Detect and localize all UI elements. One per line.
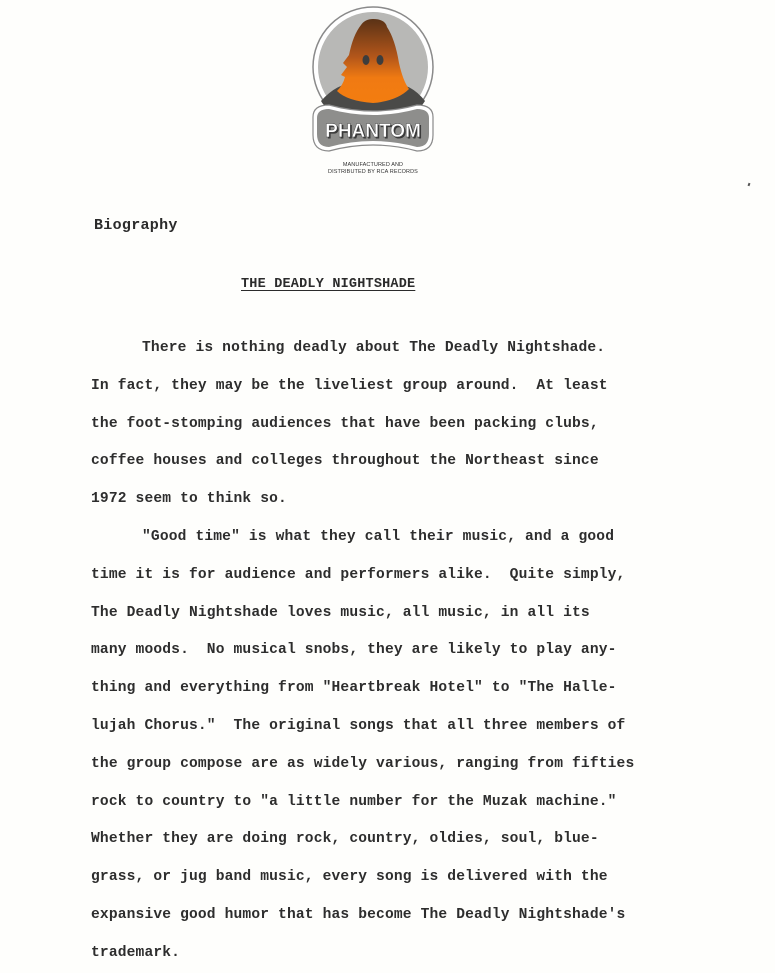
document-title: THE DEADLY NIGHTSHADE <box>241 277 415 292</box>
logo-caption: MANUFACTURED AND DISTRIBUTED BY RCA RECO… <box>307 162 439 176</box>
document-label: Biography <box>94 217 178 234</box>
paper-speck <box>748 183 751 187</box>
document-page: PHANTOM PHANTOM MANUFACTURED AND DISTRIB… <box>0 0 775 973</box>
body-text-line: Whether they are doing rock, country, ol… <box>91 821 711 859</box>
phantom-hooded-figure-icon: PHANTOM PHANTOM <box>307 5 439 165</box>
body-text-line: rock to country to "a little number for … <box>91 784 711 822</box>
body-text-line: time it is for audience and performers a… <box>91 557 711 595</box>
body-text-line: 1972 seem to think so. <box>91 481 711 519</box>
body-text-line: trademark. <box>91 935 711 973</box>
body-text-line: coffee houses and colleges throughout th… <box>91 443 711 481</box>
logo-caption-line: MANUFACTURED AND <box>307 162 439 169</box>
biography-body: There is nothing deadly about The Deadly… <box>91 330 711 973</box>
body-text-line: expansive good humor that has become The… <box>91 897 711 935</box>
body-text-line: grass, or jug band music, every song is … <box>91 859 711 897</box>
body-text-line: The Deadly Nightshade loves music, all m… <box>91 595 711 633</box>
logo-wordmark: PHANTOM <box>325 121 421 142</box>
body-text-line: the foot-stomping audiences that have be… <box>91 406 711 444</box>
body-text-line: lujah Chorus." The original songs that a… <box>91 708 711 746</box>
logo-caption-line: DISTRIBUTED BY RCA RECORDS <box>307 169 439 176</box>
phantom-records-logo: PHANTOM PHANTOM MANUFACTURED AND DISTRIB… <box>307 5 439 180</box>
body-text-line: the group compose are as widely various,… <box>91 746 711 784</box>
body-text-line: many moods. No musical snobs, they are l… <box>91 632 711 670</box>
body-text-line: thing and everything from "Heartbreak Ho… <box>91 670 711 708</box>
body-text-line: In fact, they may be the liveliest group… <box>91 368 711 406</box>
body-text-line: There is nothing deadly about The Deadly… <box>91 330 711 368</box>
body-text-line: "Good time" is what they call their musi… <box>91 519 711 557</box>
